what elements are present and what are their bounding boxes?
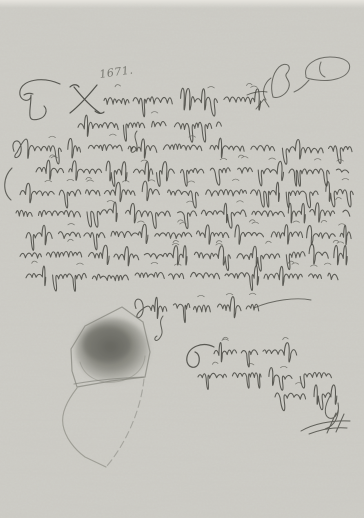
seal-impression-core xyxy=(83,326,131,362)
manuscript-canvas: 1671. xyxy=(0,0,364,518)
paper-top-light-edge xyxy=(0,0,364,8)
manuscript-photo: 1671. xyxy=(0,0,364,518)
paper-grain-texture xyxy=(0,0,364,518)
